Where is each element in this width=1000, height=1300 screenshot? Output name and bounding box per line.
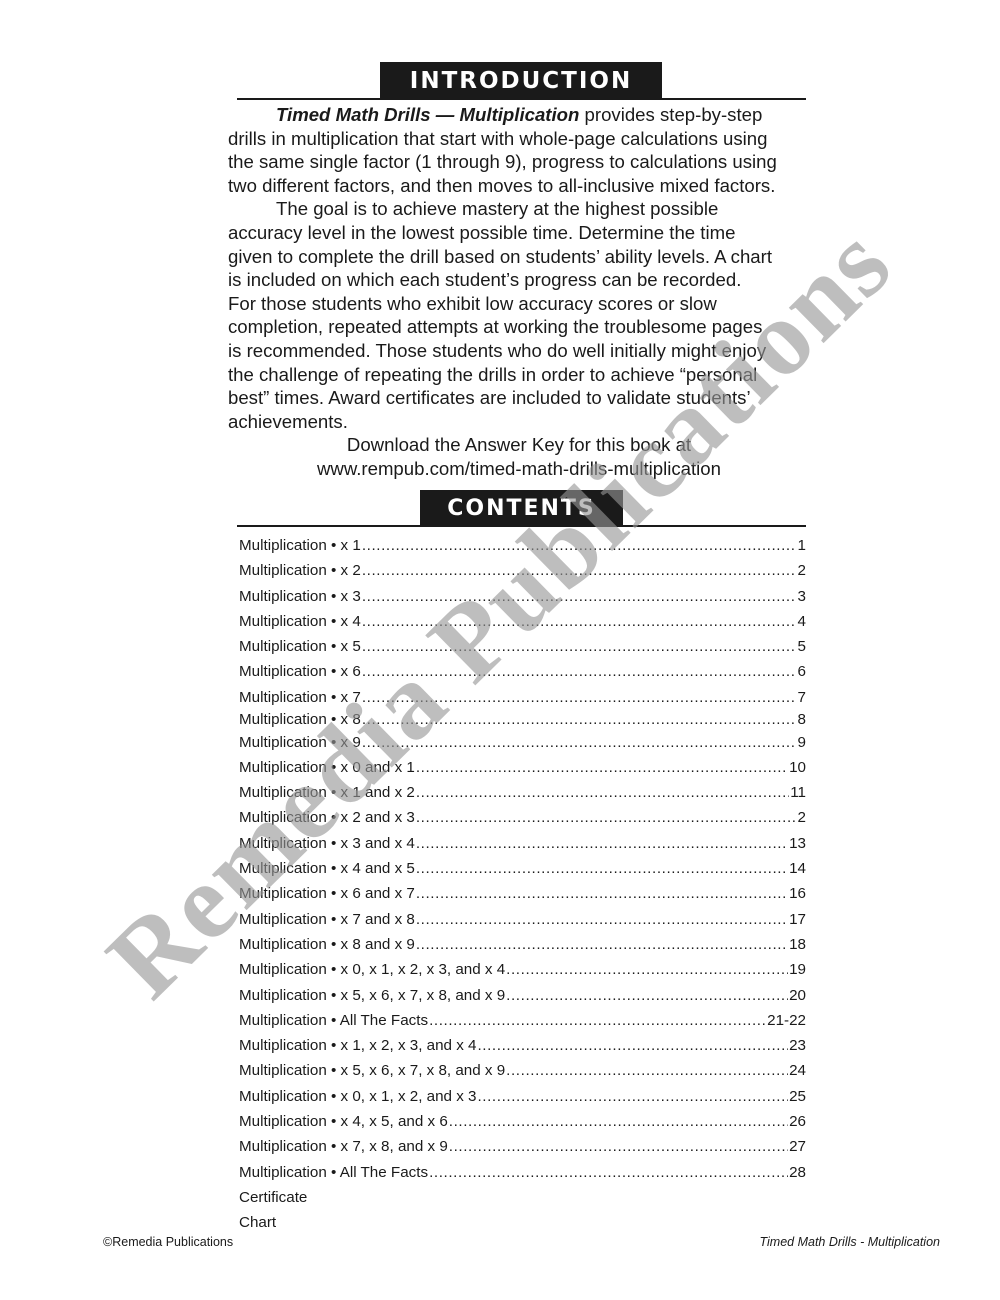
- toc-entry-page: 23: [789, 1033, 806, 1058]
- toc-entry-title: Multiplication • x 1 and x 2: [239, 780, 415, 805]
- toc-entry-page: 6: [798, 659, 806, 684]
- toc-entry-title: Multiplication • x 4 and x 5: [239, 856, 415, 881]
- toc-entry[interactable]: Multiplication • All The Facts28: [239, 1160, 806, 1185]
- toc-entry-page: 25: [789, 1084, 806, 1109]
- toc-entry-page: 21-22: [767, 1008, 806, 1033]
- toc-entry-page: 10: [789, 755, 806, 780]
- dot-leader: [362, 533, 797, 558]
- dot-leader: [449, 1109, 788, 1134]
- toc-entry[interactable]: Multiplication • x 8 and x 918: [239, 932, 806, 957]
- toc-entry[interactable]: Multiplication • x 4, x 5, and x 626: [239, 1109, 806, 1134]
- toc-entry-page: 2: [798, 805, 806, 830]
- dot-leader: [477, 1033, 788, 1058]
- book-title: Timed Math Drills — Multiplication: [276, 104, 579, 125]
- toc-entry-page: 24: [789, 1058, 806, 1083]
- toc-entry-title: Multiplication • x 0 and x 1: [239, 755, 415, 780]
- toc-entry-title: Multiplication • x 9: [239, 730, 361, 755]
- toc-entry[interactable]: Certificate: [239, 1185, 806, 1210]
- toc-entry[interactable]: Multiplication • x 1 and x 211: [239, 780, 806, 805]
- dot-leader: [416, 881, 788, 906]
- introduction-body: Timed Math Drills — Multiplication provi…: [228, 103, 810, 481]
- toc-entry-title: Multiplication • x 3 and x 4: [239, 831, 415, 856]
- toc-entry-title: Multiplication • x 5, x 6, x 7, x 8, and…: [239, 983, 505, 1008]
- footer-copyright: ©Remedia Publications: [103, 1235, 233, 1249]
- toc-entry-title: Multiplication • All The Facts: [239, 1008, 428, 1033]
- toc-entry-page: 2: [798, 558, 806, 583]
- intro-paragraph-2: The goal is to achieve mastery at the hi…: [228, 197, 810, 221]
- toc-entry-title: Multiplication • x 7 and x 8: [239, 907, 415, 932]
- toc-entry-title: Multiplication • x 1: [239, 533, 361, 558]
- toc-entry[interactable]: Multiplication • x 6 and x 716: [239, 881, 806, 906]
- dot-leader: [362, 634, 797, 659]
- footer-book-title: Timed Math Drills - Multiplication: [760, 1235, 941, 1249]
- dot-leader: [449, 1134, 788, 1159]
- toc-entry-page: 8: [798, 710, 806, 730]
- toc-entry-title: Multiplication • x 0, x 1, x 2, and x 3: [239, 1084, 476, 1109]
- toc-entry[interactable]: Multiplication • x 4 and x 514: [239, 856, 806, 881]
- toc-entry-page: 18: [789, 932, 806, 957]
- dot-leader: [429, 1160, 788, 1185]
- toc-entry-title: Multiplication • x 1, x 2, x 3, and x 4: [239, 1033, 476, 1058]
- dot-leader: [416, 755, 788, 780]
- toc-entry-page: 13: [789, 831, 806, 856]
- toc-entry-title: Chart: [239, 1210, 276, 1235]
- toc-entry-page: 16: [789, 881, 806, 906]
- toc-entry[interactable]: Multiplication • x 66: [239, 659, 806, 684]
- toc-entry[interactable]: Multiplication • x 3 and x 413: [239, 831, 806, 856]
- toc-entry-title: Multiplication • x 7: [239, 685, 361, 710]
- toc-entry-title: Multiplication • All The Facts: [239, 1160, 428, 1185]
- toc-entry[interactable]: Multiplication • x 22: [239, 558, 806, 583]
- intro-paragraph-1: Timed Math Drills — Multiplication provi…: [228, 103, 810, 127]
- dot-leader: [477, 1084, 788, 1109]
- toc-entry-page: 1: [798, 533, 806, 558]
- toc-entry[interactable]: Multiplication • x 88: [239, 710, 806, 730]
- toc-entry[interactable]: Multiplication • x 0 and x 110: [239, 755, 806, 780]
- toc-entry-title: Multiplication • x 2: [239, 558, 361, 583]
- toc-entry-title: Multiplication • x 3: [239, 584, 361, 609]
- toc-entry-page: 14: [789, 856, 806, 881]
- dot-leader: [362, 609, 797, 634]
- toc-entry-page: 11: [790, 780, 806, 805]
- toc-entry[interactable]: Multiplication • x 44: [239, 609, 806, 634]
- toc-entry-title: Multiplication • x 8 and x 9: [239, 932, 415, 957]
- download-text: Download the Answer Key for this book at: [228, 433, 810, 457]
- toc-entry-title: Multiplication • x 6: [239, 659, 361, 684]
- toc-entry[interactable]: Multiplication • x 7 and x 817: [239, 907, 806, 932]
- dot-leader: [429, 1008, 766, 1033]
- toc-entry-title: Multiplication • x 4, x 5, and x 6: [239, 1109, 448, 1134]
- toc-entry[interactable]: Multiplication • x 7, x 8, and x 927: [239, 1134, 806, 1159]
- toc-entry[interactable]: Multiplication • x 11: [239, 533, 806, 558]
- introduction-heading: INTRODUCTION: [380, 62, 662, 98]
- dot-leader: [506, 1058, 788, 1083]
- dot-leader: [362, 584, 797, 609]
- toc-entry-title: Certificate: [239, 1185, 307, 1210]
- introduction-header: INTRODUCTION: [237, 61, 806, 100]
- table-of-contents: Multiplication • x 11Multiplication • x …: [239, 533, 806, 1236]
- toc-entry-title: Multiplication • x 5: [239, 634, 361, 659]
- toc-entry[interactable]: Multiplication • x 33: [239, 584, 806, 609]
- dot-leader: [362, 659, 797, 684]
- dot-leader: [416, 856, 788, 881]
- toc-entry-page: 9: [798, 730, 806, 755]
- toc-entry[interactable]: Multiplication • x 0, x 1, x 2, x 3, and…: [239, 957, 806, 982]
- dot-leader: [362, 558, 797, 583]
- toc-entry-page: 4: [798, 609, 806, 634]
- toc-entry[interactable]: Multiplication • x 77: [239, 685, 806, 710]
- toc-entry[interactable]: Multiplication • x 5, x 6, x 7, x 8, and…: [239, 1058, 806, 1083]
- toc-entry-title: Multiplication • x 2 and x 3: [239, 805, 415, 830]
- toc-entry-title: Multiplication • x 8: [239, 710, 361, 730]
- toc-entry[interactable]: Chart: [239, 1210, 806, 1235]
- toc-entry-page: 5: [798, 634, 806, 659]
- toc-entry-page: 26: [789, 1109, 806, 1134]
- contents-header: CONTENTS: [237, 489, 806, 527]
- intro-paragraph-1-cont: drills in multiplication that start with…: [228, 127, 810, 198]
- toc-entry-title: Multiplication • x 4: [239, 609, 361, 634]
- toc-entry[interactable]: Multiplication • x 99: [239, 730, 806, 755]
- toc-entry[interactable]: Multiplication • x 5, x 6, x 7, x 8, and…: [239, 983, 806, 1008]
- toc-entry[interactable]: Multiplication • x 2 and x 32: [239, 805, 806, 830]
- toc-entry-page: 20: [789, 983, 806, 1008]
- toc-entry-title: Multiplication • x 6 and x 7: [239, 881, 415, 906]
- dot-leader: [362, 710, 797, 730]
- toc-entry-title: Multiplication • x 7, x 8, and x 9: [239, 1134, 448, 1159]
- toc-entry[interactable]: Multiplication • x 1, x 2, x 3, and x 42…: [239, 1033, 806, 1058]
- dot-leader: [416, 907, 788, 932]
- dot-leader: [416, 831, 788, 856]
- dot-leader: [362, 685, 797, 710]
- dot-leader: [416, 932, 788, 957]
- toc-entry-title: Multiplication • x 0, x 1, x 2, x 3, and…: [239, 957, 505, 982]
- toc-entry-page: 3: [798, 584, 806, 609]
- toc-entry-page: 17: [789, 907, 806, 932]
- answer-key-url[interactable]: www.rempub.com/timed-math-drills-multipl…: [228, 457, 810, 481]
- toc-entry-page: 7: [798, 685, 806, 710]
- toc-entry[interactable]: Multiplication • All The Facts21-22: [239, 1008, 806, 1033]
- dot-leader: [506, 983, 788, 1008]
- toc-entry-page: 28: [789, 1160, 806, 1185]
- toc-entry-title: Multiplication • x 5, x 6, x 7, x 8, and…: [239, 1058, 505, 1083]
- toc-entry-page: 27: [789, 1134, 806, 1159]
- dot-leader: [416, 805, 797, 830]
- dot-leader: [416, 780, 789, 805]
- contents-heading: CONTENTS: [420, 490, 623, 525]
- answer-key-note: Download the Answer Key for this book at…: [228, 433, 810, 480]
- dot-leader: [506, 957, 788, 982]
- intro-paragraph-2-cont: accuracy level in the lowest possible ti…: [228, 221, 810, 433]
- toc-entry[interactable]: Multiplication • x 0, x 1, x 2, and x 32…: [239, 1084, 806, 1109]
- dot-leader: [362, 730, 797, 755]
- toc-entry[interactable]: Multiplication • x 55: [239, 634, 806, 659]
- toc-entry-page: 19: [789, 957, 806, 982]
